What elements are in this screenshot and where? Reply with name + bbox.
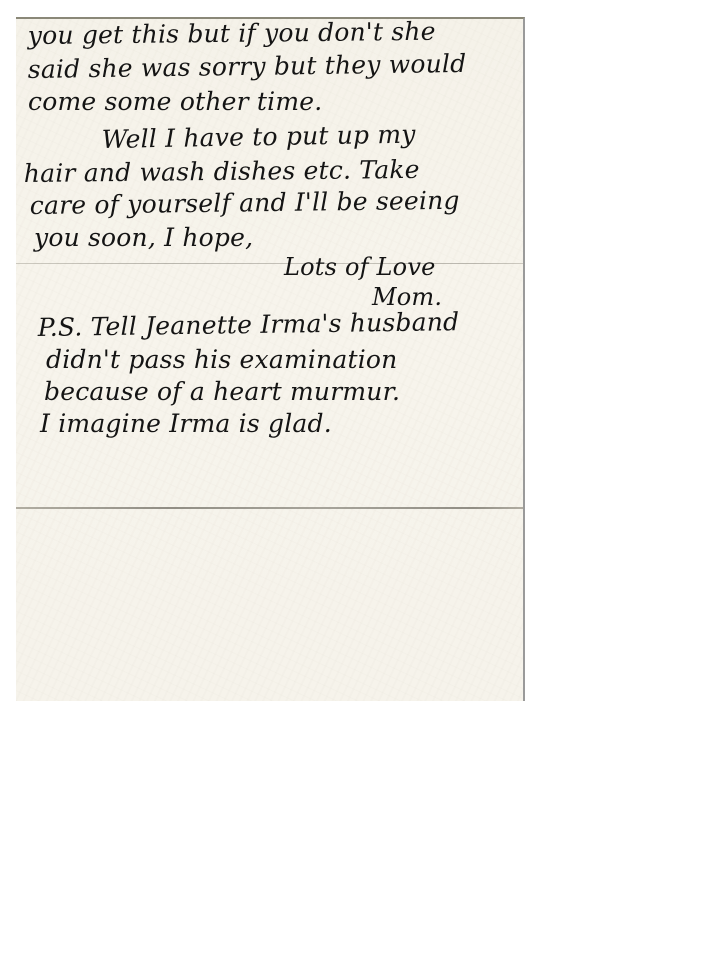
- letter-line-2: said she was sorry but they would: [28, 49, 467, 84]
- postscript-line-3: because of a heart murmur.: [44, 377, 400, 406]
- letter-line-3: come some other time.: [28, 87, 322, 116]
- letter-line-4: Well I have to put up my: [101, 120, 415, 154]
- paper-fold-lower: [16, 507, 523, 509]
- letter-page: you get this but if you don't she said s…: [16, 17, 525, 701]
- letter-closing: Lots of Love: [284, 253, 436, 281]
- postscript-line-4: I imagine Irma is glad.: [40, 409, 332, 438]
- postscript-line-2: didn't pass his examination: [46, 345, 397, 374]
- letter-line-5: hair and wash dishes etc. Take: [24, 155, 420, 188]
- letter-line-7: you soon, I hope,: [34, 223, 253, 252]
- paper-fold-upper: [16, 263, 523, 264]
- letter-line-6: care of yourself and I'll be seeing: [30, 186, 460, 220]
- letter-line-1: you get this but if you don't she: [28, 17, 436, 50]
- postscript-line-1: P.S. Tell Jeanette Irma's husband: [38, 307, 460, 342]
